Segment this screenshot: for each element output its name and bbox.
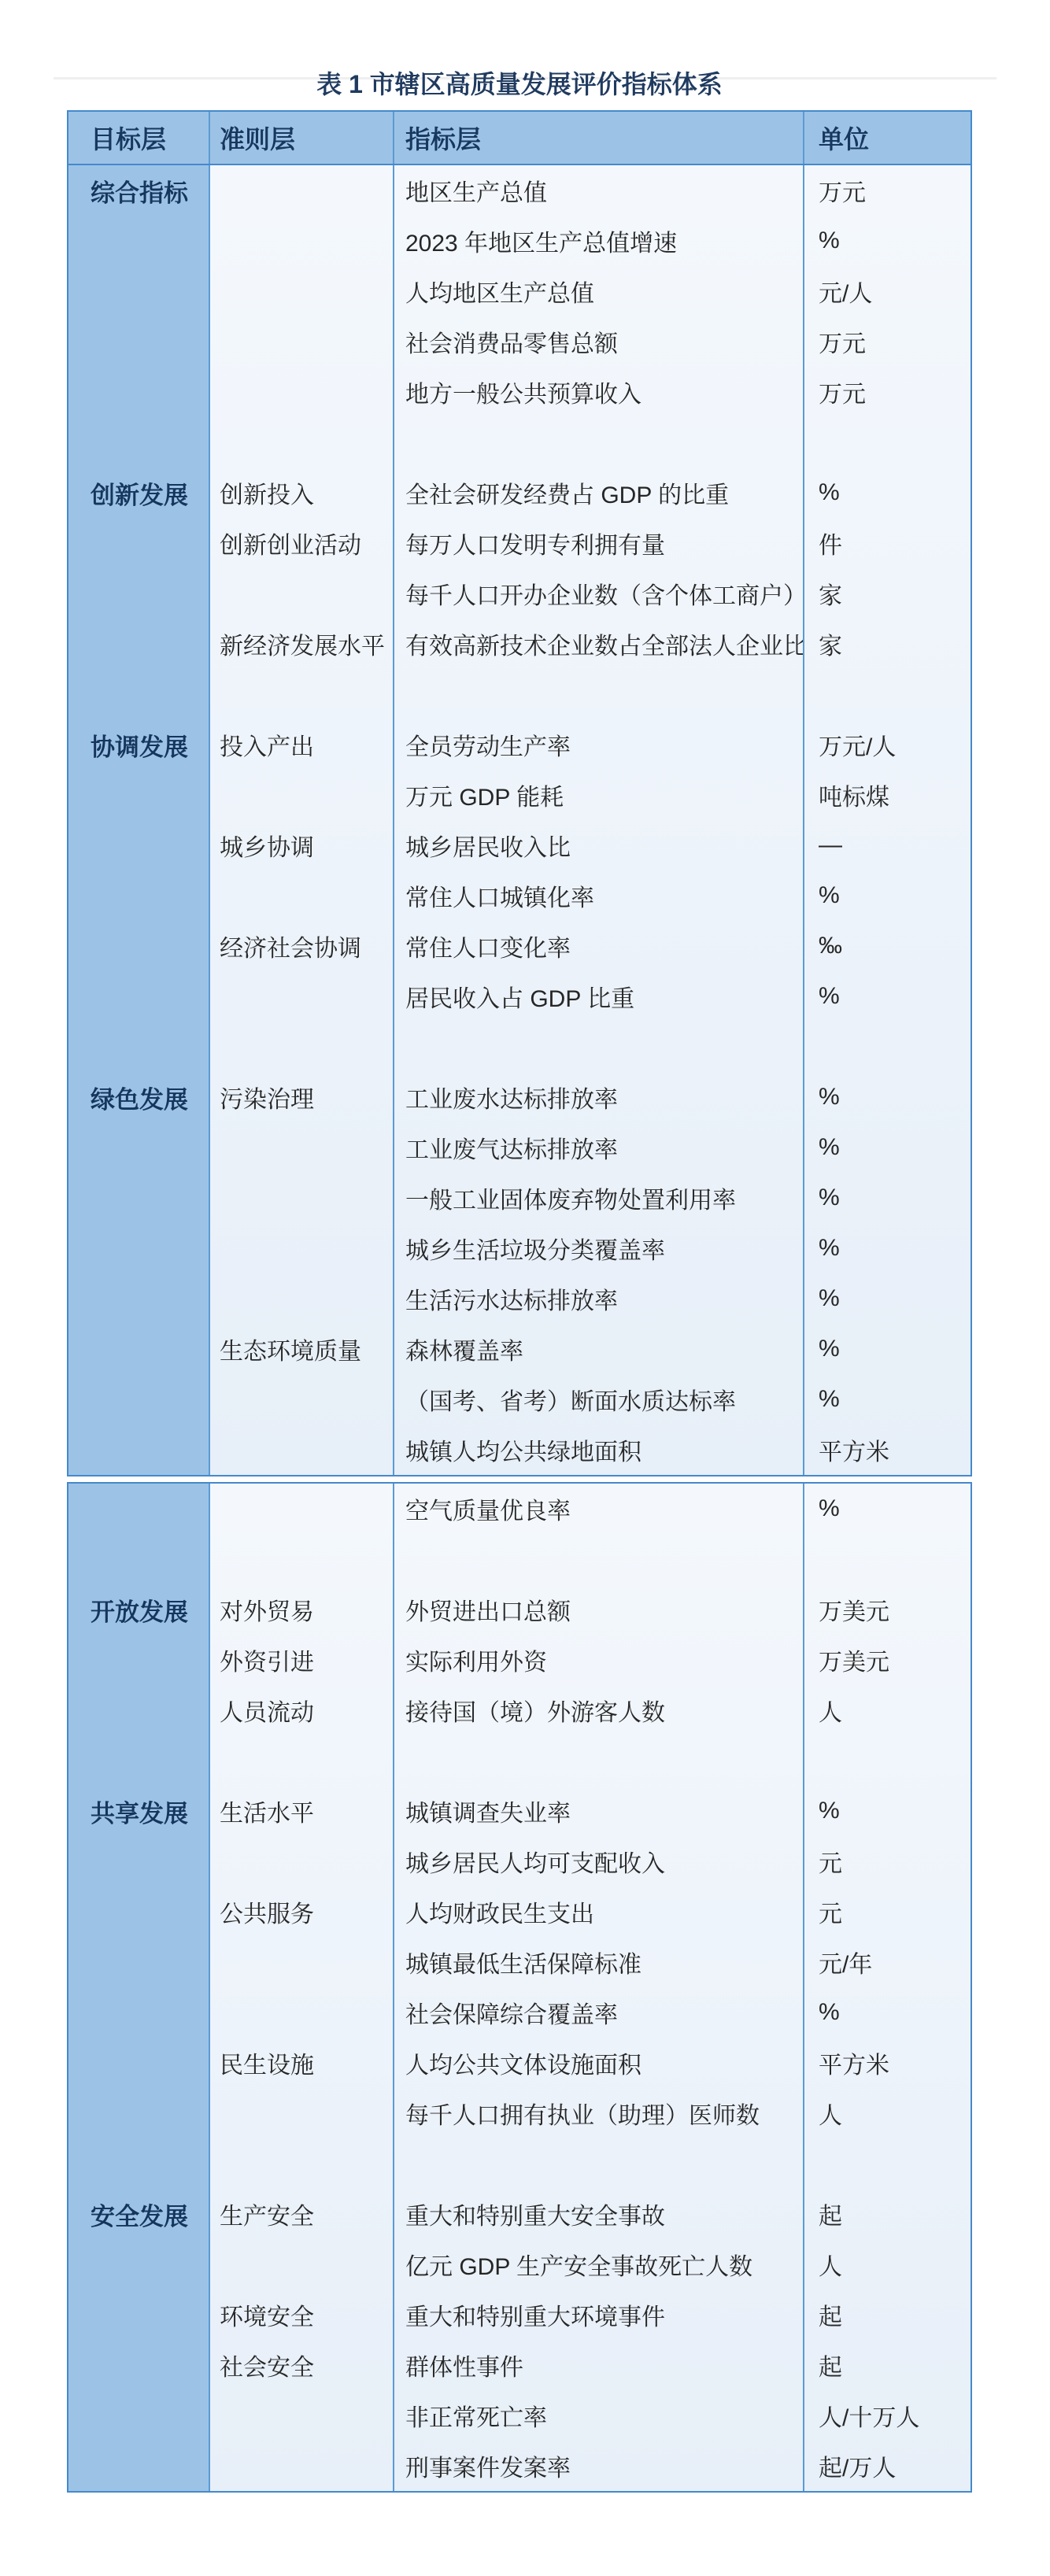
target-layer-cell [68,1534,209,1584]
indicator-cell: 实际利用外资 [393,1635,803,1685]
table-row: 民生设施人均公共文体设施面积平方米 [68,2038,971,2088]
table-row: 环境安全重大和特别重大环境事件起 [68,2290,971,2340]
indicator-cell: 空气质量优良率 [393,1484,803,1534]
table-row: 一般工业固体废弃物处置利用率% [68,1173,971,1223]
criterion-layer-cell [209,367,393,417]
criterion-layer-cell: 经济社会协调 [209,921,393,971]
unit-cell: 人 [803,2088,971,2138]
target-layer-cell [68,669,209,719]
indicator-cell: 社会消费品零售总额 [393,316,803,367]
table-row: 常住人口城镇化率% [68,870,971,921]
criterion-layer-cell [209,1173,393,1223]
criterion-layer-cell [209,1484,393,1534]
target-layer-cell [68,1836,209,1887]
table-row: 亿元 GDP 生产安全事故死亡人数人 [68,2239,971,2290]
unit-cell: 起/万人 [803,2441,971,2491]
target-layer-cell [68,1425,209,1475]
target-layer-cell [68,1937,209,1987]
criterion-layer-cell: 外资引进 [209,1635,393,1685]
criterion-layer-cell [209,2138,393,2189]
indicator-cell: 工业废水达标排放率 [393,1072,803,1122]
table-row: 创新发展创新投入全社会研发经费占 GDP 的比重% [68,468,971,518]
indicator-cell: 非正常死亡率 [393,2390,803,2441]
table-row: 地方一般公共预算收入万元 [68,367,971,417]
target-layer-cell [68,2088,209,2138]
table-row: 生态环境质量森林覆盖率% [68,1324,971,1374]
table-row: 城镇人均公共绿地面积平方米 [68,1425,971,1475]
indicator-cell: 每万人口发明专利拥有量 [393,518,803,568]
unit-cell [803,417,971,468]
indicator-cell: 外贸进出口总额 [393,1584,803,1635]
unit-cell: 平方米 [803,1425,971,1475]
indicator-cell: 居民收入占 GDP 比重 [393,971,803,1022]
criterion-layer-cell [209,1836,393,1887]
target-layer-cell [68,1122,209,1173]
indicator-cell: 人均公共文体设施面积 [393,2038,803,2088]
criterion-layer-cell [209,971,393,1022]
target-layer-cell: 绿色发展 [68,1072,209,1122]
criterion-layer-cell: 民生设施 [209,2038,393,2088]
table-row [68,417,971,468]
table-row: 新经济发展水平有效高新技术企业数占全部法人企业比重家 [68,619,971,669]
criterion-layer-cell [209,1374,393,1425]
target-layer-cell [68,1223,209,1273]
indicator-cell: （国考、省考）断面水质达标率 [393,1374,803,1425]
indicator-cell [393,2138,803,2189]
table-block-2: 空气质量优良率%开放发展对外贸易外贸进出口总额万美元外资引进实际利用外资万美元人… [67,1482,972,2493]
target-layer-cell [68,2390,209,2441]
indicator-cell: 刑事案件发案率 [393,2441,803,2491]
table-row [68,669,971,719]
unit-cell: 万美元 [803,1584,971,1635]
unit-cell: 人/十万人 [803,2390,971,2441]
indicator-cell: 工业废气达标排放率 [393,1122,803,1173]
criterion-layer-cell: 环境安全 [209,2290,393,2340]
target-layer-cell: 共享发展 [68,1786,209,1836]
indicator-cell: 常住人口城镇化率 [393,870,803,921]
unit-cell: % [803,1072,971,1122]
indicator-cell [393,417,803,468]
indicator-cell: 2023 年地区生产总值增速 [393,216,803,266]
unit-cell: % [803,1324,971,1374]
indicator-cell: 万元 GDP 能耗 [393,770,803,820]
unit-cell: % [803,1484,971,1534]
unit-cell: % [803,216,971,266]
criterion-layer-cell: 生态环境质量 [209,1324,393,1374]
table-row: 空气质量优良率% [68,1484,971,1534]
criterion-layer-cell: 生活水平 [209,1786,393,1836]
table-row [68,1022,971,1072]
criterion-layer-cell [209,2441,393,2491]
indicator-cell: 城乡生活垃圾分类覆盖率 [393,1223,803,1273]
unit-cell: 万元/人 [803,719,971,770]
criterion-layer-cell [209,1273,393,1324]
target-layer-cell [68,1987,209,2038]
indicator-cell: 森林覆盖率 [393,1324,803,1374]
table-row: 2023 年地区生产总值增速% [68,216,971,266]
target-layer-cell [68,367,209,417]
target-layer-cell [68,1173,209,1223]
criterion-layer-cell: 投入产出 [209,719,393,770]
criterion-layer-cell [209,266,393,316]
table-row: 安全发展生产安全重大和特别重大安全事故起 [68,2189,971,2239]
indicator-cell: 全员劳动生产率 [393,719,803,770]
criterion-layer-cell [209,1425,393,1475]
indicator-cell: 每千人口拥有执业（助理）医师数 [393,2088,803,2138]
indicator-cell: 地区生产总值 [393,165,803,216]
unit-cell: % [803,1173,971,1223]
indicator-cell: 一般工业固体废弃物处置利用率 [393,1173,803,1223]
indicator-cell: 城乡居民收入比 [393,820,803,870]
header-unit: 单位 [803,112,971,164]
table-caption: 表 1 市辖区高质量发展评价指标体系 [67,69,972,99]
table-row: 社会保障综合覆盖率% [68,1987,971,2038]
criterion-layer-cell [209,870,393,921]
unit-cell: 吨标煤 [803,770,971,820]
table-row: 公共服务人均财政民生支出元 [68,1887,971,1937]
target-layer-cell [68,971,209,1022]
target-layer-cell [68,216,209,266]
indicator-cell: 群体性事件 [393,2340,803,2390]
unit-cell: 万元 [803,316,971,367]
target-layer-cell [68,518,209,568]
unit-cell: 万元 [803,165,971,216]
indicator-cell [393,1735,803,1786]
target-layer-cell: 综合指标 [68,165,209,216]
criterion-layer-cell [209,669,393,719]
target-layer-cell [68,2441,209,2491]
unit-cell: 起 [803,2189,971,2239]
unit-cell: % [803,1987,971,2038]
criterion-layer-cell [209,1534,393,1584]
indicator-cell: 社会保障综合覆盖率 [393,1987,803,2038]
unit-cell: — [803,820,971,870]
table-row: 人员流动接待国（境）外游客人数人 [68,1685,971,1735]
table-row: 绿色发展污染治理工业废水达标排放率% [68,1072,971,1122]
unit-cell: % [803,1786,971,1836]
target-layer-cell: 安全发展 [68,2189,209,2239]
table-row [68,1735,971,1786]
criterion-layer-cell [209,165,393,216]
target-layer-cell [68,870,209,921]
indicator-table: 目标层 准则层 指标层 单位 综合指标地区生产总值万元2023 年地区生产总值增… [67,110,972,2493]
criterion-layer-cell [209,770,393,820]
target-layer-cell [68,619,209,669]
criterion-layer-cell [209,1223,393,1273]
unit-cell: 人 [803,1685,971,1735]
target-layer-cell [68,1484,209,1534]
indicator-cell: 地方一般公共预算收入 [393,367,803,417]
table-row: 人均地区生产总值元/人 [68,266,971,316]
target-layer-cell [68,1022,209,1072]
criterion-layer-cell: 生产安全 [209,2189,393,2239]
criterion-layer-cell: 人员流动 [209,1685,393,1735]
table-row: 生活污水达标排放率% [68,1273,971,1324]
criterion-layer-cell [209,1022,393,1072]
criterion-layer-cell [209,2239,393,2290]
unit-cell: % [803,1122,971,1173]
table-row: 协调发展投入产出全员劳动生产率万元/人 [68,719,971,770]
criterion-layer-cell: 创新创业活动 [209,518,393,568]
table-row: 每千人口开办企业数（含个体工商户）家 [68,568,971,619]
unit-cell: ‰ [803,921,971,971]
indicator-cell: 人均地区生产总值 [393,266,803,316]
criterion-layer-cell: 社会安全 [209,2340,393,2390]
unit-cell: 万元 [803,367,971,417]
table-row [68,2138,971,2189]
unit-cell: 万美元 [803,1635,971,1685]
indicator-cell: 接待国（境）外游客人数 [393,1685,803,1735]
criterion-layer-cell: 污染治理 [209,1072,393,1122]
target-layer-cell [68,2038,209,2088]
unit-cell [803,2138,971,2189]
unit-cell: 家 [803,619,971,669]
unit-cell: 件 [803,518,971,568]
indicator-cell: 全社会研发经费占 GDP 的比重 [393,468,803,518]
target-layer-cell [68,2239,209,2290]
unit-cell: 元 [803,1836,971,1887]
target-layer-cell [68,820,209,870]
indicator-cell: 重大和特别重大安全事故 [393,2189,803,2239]
target-layer-cell [68,770,209,820]
table-row: 城乡生活垃圾分类覆盖率% [68,1223,971,1273]
indicator-cell: 城镇人均公共绿地面积 [393,1425,803,1475]
indicator-cell [393,1022,803,1072]
table-row: 社会消费品零售总额万元 [68,316,971,367]
unit-cell: % [803,1374,971,1425]
criterion-layer-cell [209,1735,393,1786]
table-header-row: 目标层 准则层 指标层 单位 [67,110,972,165]
table-row: （国考、省考）断面水质达标率% [68,1374,971,1425]
indicator-cell: 城乡居民人均可支配收入 [393,1836,803,1887]
unit-cell: % [803,870,971,921]
target-layer-cell: 开放发展 [68,1584,209,1635]
target-layer-cell [68,1635,209,1685]
indicator-cell: 每千人口开办企业数（含个体工商户） [393,568,803,619]
table-row: 工业废气达标排放率% [68,1122,971,1173]
criterion-layer-cell: 城乡协调 [209,820,393,870]
table-row: 万元 GDP 能耗吨标煤 [68,770,971,820]
target-layer-cell [68,2290,209,2340]
criterion-layer-cell: 创新投入 [209,468,393,518]
table-row: 共享发展生活水平城镇调查失业率% [68,1786,971,1836]
target-layer-cell [68,2340,209,2390]
unit-cell: 家 [803,568,971,619]
target-layer-cell [68,1735,209,1786]
indicator-cell [393,669,803,719]
table-row: 居民收入占 GDP 比重% [68,971,971,1022]
criterion-layer-cell [209,2390,393,2441]
header-criterion-layer: 准则层 [209,112,393,164]
criterion-layer-cell: 公共服务 [209,1887,393,1937]
indicator-cell: 城镇最低生活保障标准 [393,1937,803,1987]
criterion-layer-cell [209,568,393,619]
header-target-layer: 目标层 [68,112,209,164]
indicator-cell: 城镇调查失业率 [393,1786,803,1836]
header-indicator-layer: 指标层 [393,112,803,164]
criterion-layer-cell: 新经济发展水平 [209,619,393,669]
unit-cell: % [803,1223,971,1273]
unit-cell: 元/人 [803,266,971,316]
criterion-layer-cell [209,417,393,468]
criterion-layer-cell [209,316,393,367]
table-row: 经济社会协调常住人口变化率‰ [68,921,971,971]
table-row: 非正常死亡率人/十万人 [68,2390,971,2441]
indicator-cell: 人均财政民生支出 [393,1887,803,1937]
target-layer-cell [68,2138,209,2189]
table-row: 城镇最低生活保障标准元/年 [68,1937,971,1987]
criterion-layer-cell: 对外贸易 [209,1584,393,1635]
table-row: 每千人口拥有执业（助理）医师数人 [68,2088,971,2138]
unit-cell: % [803,971,971,1022]
unit-cell: 元/年 [803,1937,971,1987]
unit-cell [803,1534,971,1584]
indicator-cell: 重大和特别重大环境事件 [393,2290,803,2340]
table-row [68,1534,971,1584]
target-layer-cell: 创新发展 [68,468,209,518]
indicator-cell: 常住人口变化率 [393,921,803,971]
unit-cell: % [803,1273,971,1324]
target-layer-cell [68,568,209,619]
target-layer-cell [68,1685,209,1735]
table-row: 城乡居民人均可支配收入元 [68,1836,971,1887]
table-row: 创新创业活动每万人口发明专利拥有量件 [68,518,971,568]
criterion-layer-cell [209,216,393,266]
unit-cell: 起 [803,2340,971,2390]
criterion-layer-cell [209,1987,393,2038]
target-layer-cell [68,921,209,971]
target-layer-cell [68,316,209,367]
unit-cell: 平方米 [803,2038,971,2088]
table-row: 开放发展对外贸易外贸进出口总额万美元 [68,1584,971,1635]
target-layer-cell [68,1273,209,1324]
unit-cell [803,669,971,719]
unit-cell: 起 [803,2290,971,2340]
target-layer-cell [68,1374,209,1425]
target-layer-cell: 协调发展 [68,719,209,770]
unit-cell: 元 [803,1887,971,1937]
indicator-cell: 生活污水达标排放率 [393,1273,803,1324]
target-layer-cell [68,1324,209,1374]
indicator-cell: 有效高新技术企业数占全部法人企业比重 [393,619,803,669]
table-row: 社会安全群体性事件起 [68,2340,971,2390]
indicator-cell: 亿元 GDP 生产安全事故死亡人数 [393,2239,803,2290]
table-row: 外资引进实际利用外资万美元 [68,1635,971,1685]
unit-cell: 人 [803,2239,971,2290]
unit-cell [803,1022,971,1072]
table-row: 综合指标地区生产总值万元 [68,165,971,216]
table-row: 刑事案件发案率起/万人 [68,2441,971,2491]
indicator-cell [393,1534,803,1584]
table-block-1: 综合指标地区生产总值万元2023 年地区生产总值增速%人均地区生产总值元/人社会… [67,165,972,1476]
target-layer-cell [68,1887,209,1937]
unit-cell [803,1735,971,1786]
target-layer-cell [68,417,209,468]
criterion-layer-cell [209,2088,393,2138]
table-row: 城乡协调城乡居民收入比— [68,820,971,870]
criterion-layer-cell [209,1937,393,1987]
target-layer-cell [68,266,209,316]
criterion-layer-cell [209,1122,393,1173]
unit-cell: % [803,468,971,518]
